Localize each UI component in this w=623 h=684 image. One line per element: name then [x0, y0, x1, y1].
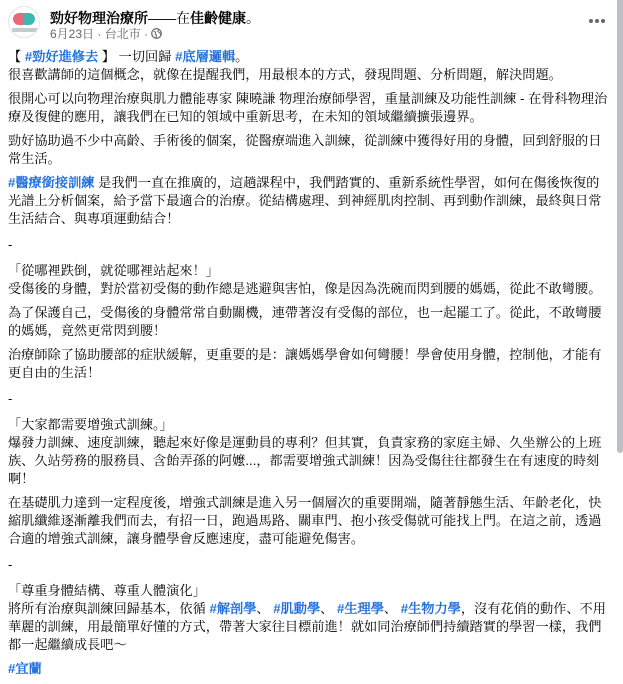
- text: 】 一切回歸: [98, 49, 175, 64]
- post-meta: 6月23日 · 台北市 ·: [50, 27, 162, 42]
- feeling-target[interactable]: 佳齡健康: [190, 10, 246, 26]
- bracket-open: 【: [8, 49, 25, 64]
- hashtag-link[interactable]: #肌動學: [273, 601, 320, 616]
- hashtag-link[interactable]: #醫療銜接訓練: [8, 175, 94, 190]
- meta-dot: ·: [94, 27, 105, 41]
- logo-icon: [13, 13, 35, 25]
- paragraph: 「大家都需要增強式訓練。」 爆發力訓練、速度訓練，聽起來好像是運動員的專利？但其…: [8, 416, 608, 488]
- globe-icon: [151, 28, 162, 39]
- more-options-icon[interactable]: [589, 17, 605, 25]
- paragraph-intro: 【 #勁好進修去 】 一切回歸 #底層邏輯。 很喜歡講師的這個概念，就像在提醒我…: [8, 48, 608, 84]
- page-avatar[interactable]: [8, 6, 40, 38]
- hashtag-link[interactable]: #解剖學: [209, 601, 256, 616]
- text: 。: [235, 49, 248, 64]
- quote: 「尊重身體結構、尊重人體演化」: [8, 583, 206, 598]
- scrollbar[interactable]: [616, 0, 623, 684]
- paragraph: 「尊重身體結構、尊重人體演化」 將所有治療與訓練回歸基本，依循 #解剖學、 #肌…: [8, 582, 608, 654]
- scrollbar-thumb[interactable]: [617, 0, 623, 453]
- separator: -: [8, 390, 608, 408]
- paragraph: 「從哪裡跌倒，就從哪裡站起來！」 受傷後的身體，對於當初受傷的動作總是逃避與害怕…: [8, 262, 608, 298]
- meta-dot: ·: [141, 27, 152, 41]
- text: 將所有治療與訓練回歸基本，依循: [8, 601, 209, 616]
- paragraph: 治療師除了協助腰部的症狀緩解，更重要的是：讓媽媽學會如何彎腰！學會使用身體，控制…: [8, 346, 608, 382]
- text: 、: [320, 601, 337, 616]
- separator: -: [8, 236, 608, 254]
- text: 受傷後的身體，對於當初受傷的動作總是逃避與害怕，像是因為洗碗而閃到腰的媽媽，從此…: [8, 281, 601, 296]
- text: 爆發力訓練、速度訓練，聽起來好像是運動員的專利？但其實，負責家務的家庭主婦、久坐…: [8, 435, 601, 486]
- separator: -: [8, 556, 608, 574]
- hashtag-link[interactable]: #勁好進修去: [25, 49, 98, 64]
- paragraph: #醫療銜接訓練 是我們一直在推廣的，這趟課程中，我們踏實的、重新系統性學習，如何…: [8, 174, 608, 228]
- paragraph: #宜蘭: [8, 660, 608, 678]
- paragraph: 很開心可以向物理治療與肌力體能專家 陳曉謙 物理治療師學習，重量訓練及功能性訓練…: [8, 90, 608, 126]
- quote: 「大家都需要增強式訓練。」: [8, 417, 173, 432]
- text: 很喜歡講師的這個概念，就像在提醒我們，用最根本的方式，發現問題、分析問題，解決問…: [8, 67, 562, 82]
- post-location[interactable]: 台北市: [105, 27, 141, 41]
- post-header: 勁好物理治療所——在佳齡健康。 6月23日 · 台北市 ·: [0, 0, 605, 44]
- logo-subtitle: [12, 28, 38, 32]
- post-author-line: 勁好物理治療所——在佳齡健康。: [50, 9, 260, 27]
- quote: 「從哪裡跌倒，就從哪裡站起來！」: [8, 263, 219, 278]
- text: 、: [256, 601, 273, 616]
- text: 是我們一直在推廣的，這趟課程中，我們踏實的、重新系統性學習，如何在傷後恢復的光譜…: [8, 175, 601, 226]
- post-body: 【 #勁好進修去 】 一切回歸 #底層邏輯。 很喜歡講師的這個概念，就像在提醒我…: [8, 48, 608, 684]
- hashtag-link[interactable]: #底層邏輯: [175, 49, 235, 64]
- paragraph: 為了保護自己，受傷後的身體常常自動關機，連帶著沒有受傷的部位，也一起罷工了。從此…: [8, 304, 608, 340]
- paragraph: 勁好協助過不少中高齡、手術後的個案，從醫療端進入訓練，從訓練中獲得好用的身體，回…: [8, 132, 608, 168]
- text: 、: [384, 601, 401, 616]
- hashtag-link[interactable]: #生理學: [337, 601, 384, 616]
- feeling-separator: ——在: [148, 10, 190, 26]
- hashtag-link[interactable]: #生物力學: [401, 601, 461, 616]
- author-name[interactable]: 勁好物理治療所: [50, 10, 148, 26]
- feeling-end: 。: [246, 10, 260, 26]
- hashtag-link[interactable]: #宜蘭: [8, 661, 42, 676]
- paragraph: 在基礎肌力達到一定程度後，增強式訓練是進入另一個層次的重要開端，隨著靜態生活、年…: [8, 494, 608, 548]
- post-date[interactable]: 6月23日: [50, 27, 94, 41]
